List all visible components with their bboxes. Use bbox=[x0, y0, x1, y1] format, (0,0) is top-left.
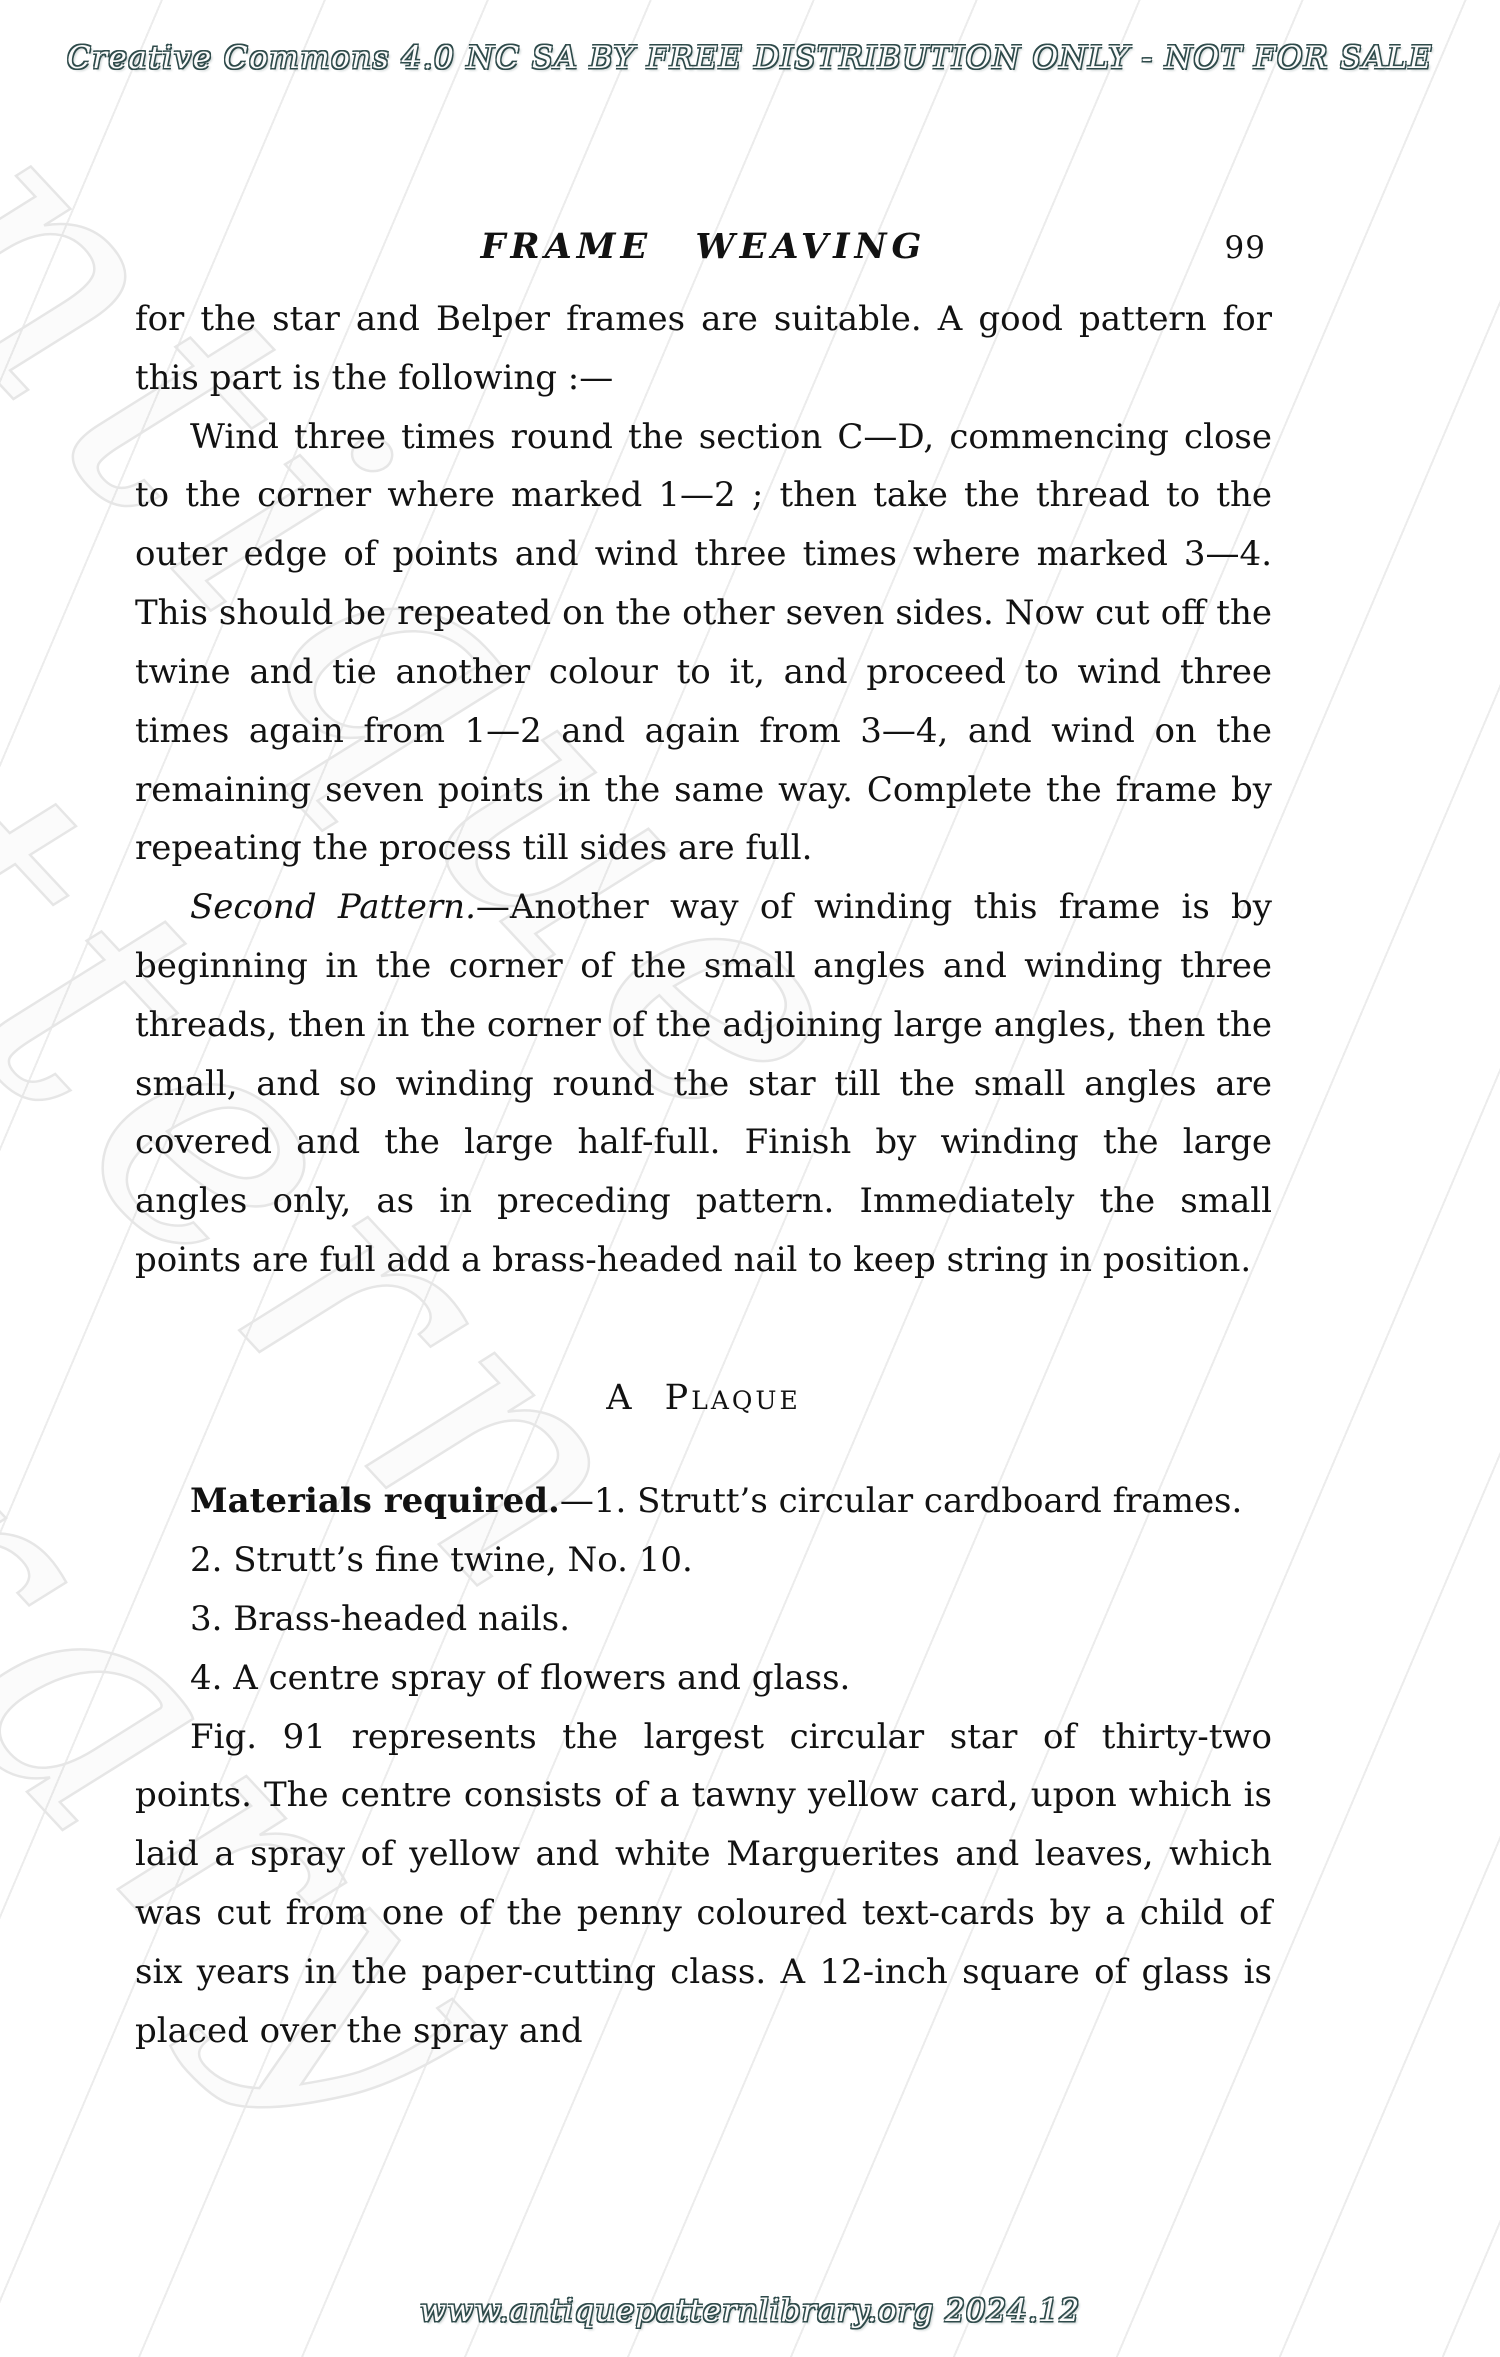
text-segment: 4. A centre spray of flowers and glass. bbox=[190, 1658, 850, 1698]
text-segment: —Another way of winding this frame is by… bbox=[135, 887, 1272, 1280]
paragraph: 4. A centre spray of flowers and glass. bbox=[135, 1649, 1272, 1708]
text-segment: Wind three times round the section C—D, … bbox=[135, 417, 1272, 869]
body-text: for the star and Belper frames are suita… bbox=[135, 290, 1272, 1290]
paragraph: 3. Brass-headed nails. bbox=[135, 1590, 1272, 1649]
scanned-book-page: Creative Commons 4.0 NC SA BY FREE DISTR… bbox=[0, 0, 1500, 2357]
text-segment: 3. Brass-headed nails. bbox=[190, 1599, 570, 1639]
page-number: 99 bbox=[1225, 230, 1266, 266]
section-heading-plaque: A Plaque bbox=[135, 1368, 1272, 1429]
paragraph: Fig. 91 represents the largest circular … bbox=[135, 1708, 1272, 2061]
page-title: FRAME WEAVING bbox=[135, 226, 1272, 267]
text-segment: Second Pattern. bbox=[190, 887, 476, 927]
text-segment: —1. Strutt’s circular cardboard frames. bbox=[560, 1481, 1242, 1521]
text-segment: for the star and Belper frames are suita… bbox=[135, 299, 1272, 398]
running-head: FRAME WEAVING 99 bbox=[135, 226, 1272, 267]
paragraph: for the star and Belper frames are suita… bbox=[135, 290, 1272, 408]
text-segment: Fig. 91 represents the largest circular … bbox=[135, 1717, 1272, 2051]
text-segment: Materials required. bbox=[190, 1481, 560, 1521]
paragraph: Second Pattern.—Another way of winding t… bbox=[135, 878, 1272, 1290]
paragraph: 2. Strutt’s fine twine, No. 10. bbox=[135, 1531, 1272, 1590]
paragraph: Wind three times round the section C—D, … bbox=[135, 408, 1272, 879]
footer-url: www.antiquepatternlibrary.org 2024.12 bbox=[0, 2293, 1500, 2329]
plaque-text: Materials required.—1. Strutt’s circular… bbox=[135, 1472, 1272, 2060]
paragraph: Materials required.—1. Strutt’s circular… bbox=[135, 1472, 1272, 1531]
text-column: for the star and Belper frames are suita… bbox=[135, 290, 1272, 2060]
license-banner: Creative Commons 4.0 NC SA BY FREE DISTR… bbox=[0, 40, 1500, 76]
text-segment: 2. Strutt’s fine twine, No. 10. bbox=[190, 1540, 693, 1580]
